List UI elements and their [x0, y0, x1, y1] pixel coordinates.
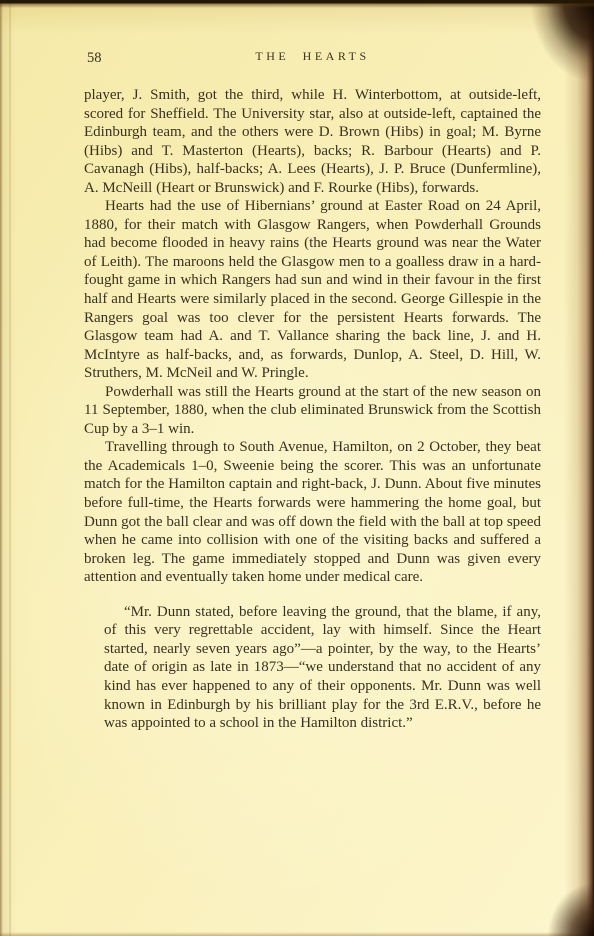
paragraph-1: player, J. Smith, got the third, while H…: [84, 86, 541, 197]
running-header-title: THE HEARTS: [84, 49, 541, 64]
book-page-scan: 58 THE HEARTS player, J. Smith, got the …: [0, 0, 594, 936]
paragraph-3: Powderhall was still the Hearts ground a…: [84, 383, 541, 439]
scan-edge-bottom: [0, 932, 594, 936]
text-block: player, J. Smith, got the third, while H…: [84, 86, 541, 733]
page-number: 58: [87, 50, 102, 67]
printed-page: 58 THE HEARTS player, J. Smith, got the …: [84, 0, 541, 733]
page-crease: [9, 0, 11, 936]
scan-edge-left: [0, 0, 3, 936]
scan-edge-right: [564, 0, 594, 936]
paragraph-2: Hearts had the use of Hibernians’ ground…: [84, 197, 541, 382]
scan-corner-top-right: [520, 0, 594, 95]
scan-edge-top: [0, 0, 594, 8]
scan-corner-bottom-right: [540, 874, 594, 936]
running-head: 58 THE HEARTS: [84, 49, 541, 66]
paragraph-4: Travelling through to South Avenue, Hami…: [84, 438, 541, 586]
block-quote: “Mr. Dunn stated, before leaving the gro…: [104, 603, 541, 733]
